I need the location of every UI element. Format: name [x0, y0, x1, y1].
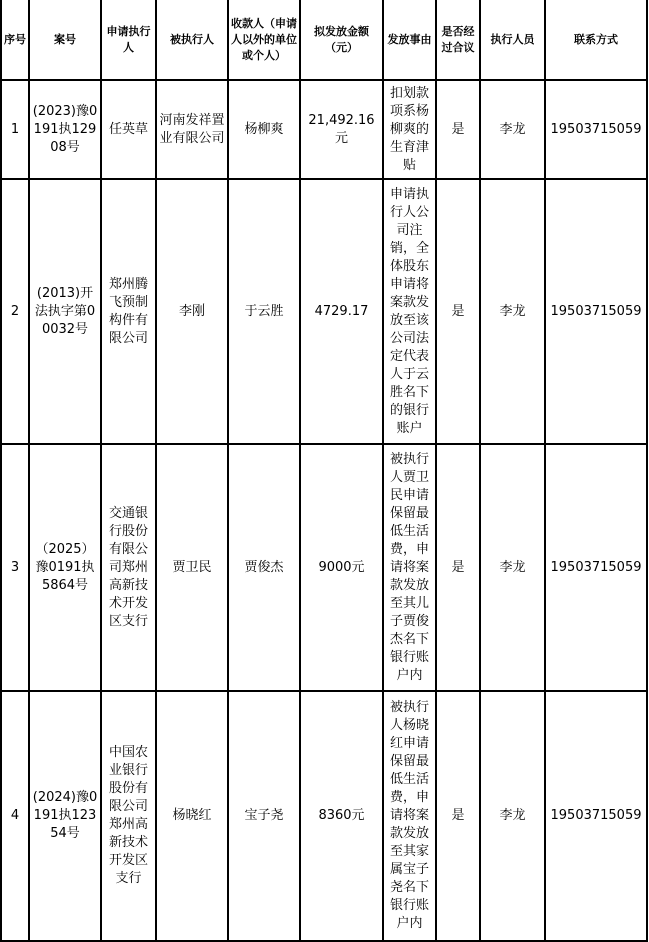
cell-respondent: 河南发祥置业有限公司 — [156, 80, 228, 179]
cell-case-no: (2024)豫0191执12354号 — [29, 691, 101, 941]
cell-meeting: 是 — [436, 691, 480, 941]
cell-case-no: （2025）豫0191执5864号 — [29, 444, 101, 691]
header-amount: 拟发放金额（元） — [300, 0, 383, 80]
header-contact: 联系方式 — [545, 0, 647, 80]
cell-payee: 杨柳爽 — [228, 80, 300, 179]
header-officer: 执行人员 — [480, 0, 545, 80]
header-reason: 发放事由 — [383, 0, 436, 80]
cell-amount: 4729.17 — [300, 179, 383, 444]
cell-case-no: (2023)豫0191执12908号 — [29, 80, 101, 179]
cell-reason: 被执行人杨晓红申请保留最低生活费，申请将案款发放至其家属宝子尧名下银行账户内 — [383, 691, 436, 941]
cell-meeting: 是 — [436, 179, 480, 444]
cell-meeting: 是 — [436, 444, 480, 691]
cell-reason: 扣划款项系杨柳爽的生育津贴 — [383, 80, 436, 179]
cell-officer: 李龙 — [480, 444, 545, 691]
header-respondent: 被执行人 — [156, 0, 228, 80]
cell-applicant: 中国农业银行股份有限公司郑州高新技术开发区支行 — [101, 691, 156, 941]
cell-amount: 21,492.16元 — [300, 80, 383, 179]
cell-index: 1 — [1, 80, 29, 179]
cell-officer: 李龙 — [480, 179, 545, 444]
cell-payee: 贾俊杰 — [228, 444, 300, 691]
table-row: 1 (2023)豫0191执12908号 任英草 河南发祥置业有限公司 杨柳爽 … — [1, 80, 647, 179]
disbursement-table: 序号 案号 申请执行人 被执行人 收款人（申请人以外的单位或个人） 拟发放金额（… — [0, 0, 648, 942]
header-applicant: 申请执行人 — [101, 0, 156, 80]
cell-respondent: 杨晓红 — [156, 691, 228, 941]
table-row: 3 （2025）豫0191执5864号 交通银行股份有限公司郑州高新技术开发区支… — [1, 444, 647, 691]
cell-applicant: 郑州腾飞预制构件有限公司 — [101, 179, 156, 444]
table-row: 2 (2013)开法执字第00032号 郑州腾飞预制构件有限公司 李刚 于云胜 … — [1, 179, 647, 444]
cell-reason: 申请执行人公司注销，全体股东申请将案款发放至该公司法定代表人于云胜名下的银行账户 — [383, 179, 436, 444]
cell-payee: 于云胜 — [228, 179, 300, 444]
cell-contact: 19503715059 — [545, 80, 647, 179]
cell-amount: 9000元 — [300, 444, 383, 691]
cell-applicant: 交通银行股份有限公司郑州高新技术开发区支行 — [101, 444, 156, 691]
cell-respondent: 贾卫民 — [156, 444, 228, 691]
cell-respondent: 李刚 — [156, 179, 228, 444]
cell-amount: 8360元 — [300, 691, 383, 941]
cell-case-no: (2013)开法执字第00032号 — [29, 179, 101, 444]
header-index: 序号 — [1, 0, 29, 80]
cell-meeting: 是 — [436, 80, 480, 179]
cell-officer: 李龙 — [480, 80, 545, 179]
header-payee: 收款人（申请人以外的单位或个人） — [228, 0, 300, 80]
table-row: 4 (2024)豫0191执12354号 中国农业银行股份有限公司郑州高新技术开… — [1, 691, 647, 941]
cell-officer: 李龙 — [480, 691, 545, 941]
cell-contact: 19503715059 — [545, 691, 647, 941]
cell-payee: 宝子尧 — [228, 691, 300, 941]
cell-reason: 被执行人贾卫民申请保留最低生活费，申请将案款发放至其儿子贾俊杰名下银行账户内 — [383, 444, 436, 691]
cell-contact: 19503715059 — [545, 444, 647, 691]
cell-index: 4 — [1, 691, 29, 941]
header-row: 序号 案号 申请执行人 被执行人 收款人（申请人以外的单位或个人） 拟发放金额（… — [1, 0, 647, 80]
header-meeting: 是否经过合议 — [436, 0, 480, 80]
cell-index: 2 — [1, 179, 29, 444]
cell-contact: 19503715059 — [545, 179, 647, 444]
header-case-no: 案号 — [29, 0, 101, 80]
cell-applicant: 任英草 — [101, 80, 156, 179]
cell-index: 3 — [1, 444, 29, 691]
